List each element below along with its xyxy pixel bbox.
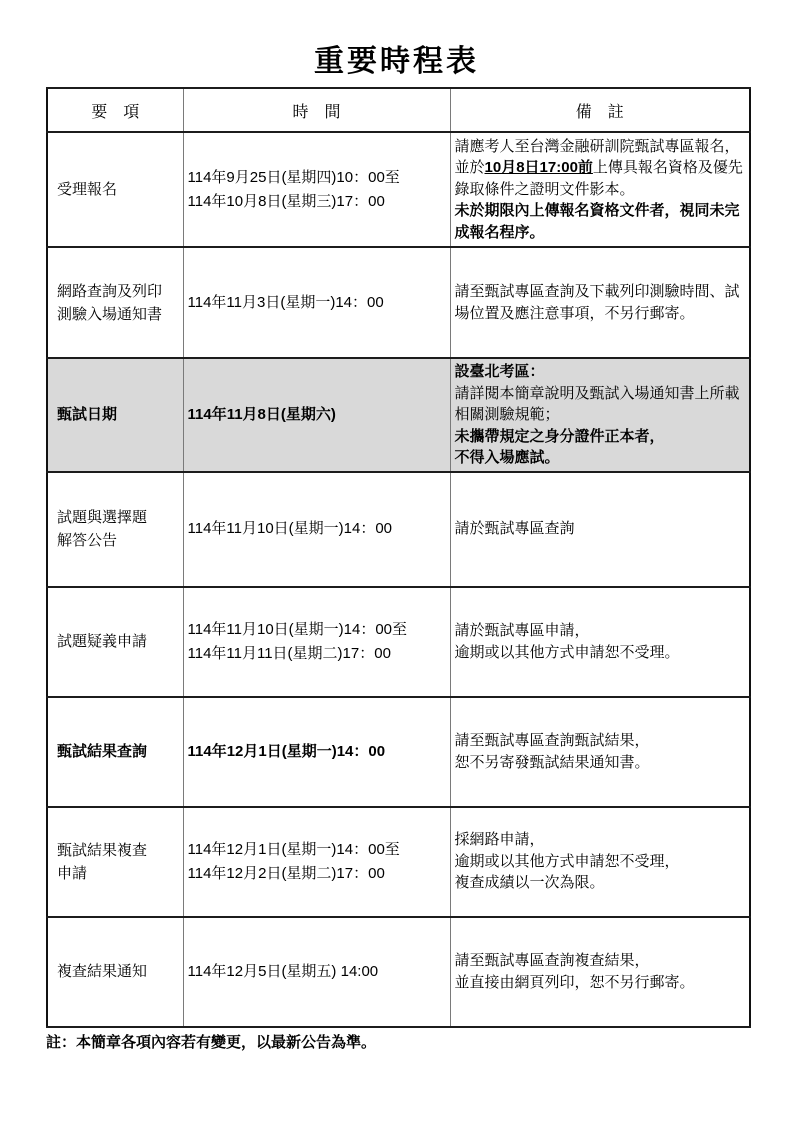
note-cell: 請至甄試專區查詢甄試結果，恕不另寄發甄試結果通知書。: [450, 697, 750, 807]
item-cell: 受理報名: [47, 132, 183, 247]
item-cell: 甄試結果複查申請: [47, 807, 183, 917]
header-cell-note: 備 註: [450, 88, 750, 132]
note-line: 請至甄試專區查詢及下載列印測驗時間、試場位置及應注意事項，不另行郵寄。: [455, 281, 748, 324]
note-cell: 採網路申請，逾期或以其他方式申請恕不受理，複查成績以一次為限。: [450, 807, 750, 917]
note-cell: 設臺北考區：請詳閱本簡章說明及甄試入場通知書上所載相關測驗規範；未攜帶規定之身分…: [450, 358, 750, 472]
note-line: 並直接由網頁列印，恕不另行郵寄。: [455, 972, 748, 994]
footer-note: 註：本簡章各項內容若有變更，以最新公告為準。: [46, 1033, 793, 1053]
time-cell: 114年11月10日(星期一)14：00至114年11月11日(星期二)17：0…: [183, 587, 450, 697]
note-segment: 恕不另寄發甄試結果通知書。: [455, 754, 650, 771]
note-line: 恕不另寄發甄試結果通知書。: [455, 752, 748, 774]
note-line: 請詳閱本簡章說明及甄試入場通知書上所載相關測驗規範；: [455, 383, 748, 426]
note-cell: 請至甄試專區查詢及下載列印測驗時間、試場位置及應注意事項，不另行郵寄。: [450, 247, 750, 358]
schedule-table-header: 要 項 時 間 備 註: [47, 88, 750, 132]
schedule-table: 要 項 時 間 備 註 受理報名114年9月25日(星期四)10：00至114年…: [46, 87, 751, 1028]
note-line: 未於期限內上傳報名資格文件者，視同未完成報名程序。: [455, 200, 748, 243]
table-row: 網路查詢及列印測驗入場通知書114年11月3日(星期一)14：00請至甄試專區查…: [47, 247, 750, 358]
note-segment: 逾期或以其他方式申請恕不受理。: [455, 644, 680, 661]
time-cell: 114年11月8日(星期六): [183, 358, 450, 472]
item-cell: 甄試結果查詢: [47, 697, 183, 807]
header-cell-time: 時 間: [183, 88, 450, 132]
note-segment: 複查成績以一次為限。: [455, 874, 605, 891]
table-row: 複查結果通知114年12月5日(星期五) 14:00請至甄試專區查詢複查結果，並…: [47, 917, 750, 1027]
note-line: 請至甄試專區查詢甄試結果，: [455, 730, 748, 752]
note-line: 未攜帶規定之身分證件正本者，: [455, 426, 748, 448]
item-cell: 試題疑義申請: [47, 587, 183, 697]
table-row: 試題疑義申請114年11月10日(星期一)14：00至114年11月11日(星期…: [47, 587, 750, 697]
note-cell: 請至甄試專區查詢複查結果，並直接由網頁列印，恕不另行郵寄。: [450, 917, 750, 1027]
page-title: 重要時程表: [0, 0, 793, 80]
note-cell: 請應考人至台灣金融研訓院甄試專區報名，並於10月8日17:00前上傳具報名資格及…: [450, 132, 750, 247]
table-row: 甄試結果複查申請114年12月1日(星期一)14：00至114年12月2日(星期…: [47, 807, 750, 917]
note-line: 請應考人至台灣金融研訓院甄試專區報名，並於10月8日17:00前上傳具報名資格及…: [455, 136, 748, 201]
note-segment: 未攜帶規定之身分證件正本者，: [455, 428, 665, 445]
item-cell: 複查結果通知: [47, 917, 183, 1027]
note-segment: 不得入場應試。: [455, 449, 560, 466]
header-cell-item: 要 項: [47, 88, 183, 132]
note-cell: 請於甄試專區查詢: [450, 472, 750, 587]
note-segment: 逾期或以其他方式申請恕不受理，: [455, 853, 680, 870]
document-page: 重要時程表 要 項 時 間 備 註 受理報名114年9月25日(星期四)10：0…: [0, 0, 793, 1122]
time-cell: 114年12月1日(星期一)14：00至114年12月2日(星期二)17：00: [183, 807, 450, 917]
note-segment: 請至甄試專區查詢複查結果，: [455, 952, 650, 969]
note-line: 逾期或以其他方式申請恕不受理。: [455, 642, 748, 664]
note-segment: 並直接由網頁列印，恕不另行郵寄。: [455, 974, 695, 991]
time-cell: 114年12月1日(星期一)14：00: [183, 697, 450, 807]
note-segment: 請於甄試專區申請，: [455, 622, 590, 639]
schedule-table-body: 受理報名114年9月25日(星期四)10：00至114年10月8日(星期三)17…: [47, 132, 750, 1027]
note-segment: 採網路申請，: [455, 831, 545, 848]
note-line: 採網路申請，: [455, 829, 748, 851]
note-segment: 10月8日17:00前: [485, 159, 593, 176]
table-row: 受理報名114年9月25日(星期四)10：00至114年10月8日(星期三)17…: [47, 132, 750, 247]
item-cell: 試題與選擇題解答公告: [47, 472, 183, 587]
note-line: 請於甄試專區查詢: [455, 518, 748, 540]
note-segment: 請至甄試專區查詢及下載列印測驗時間、試場位置及應注意事項，不另行郵寄。: [455, 283, 740, 322]
note-line: 設臺北考區：: [455, 361, 748, 383]
table-row: 試題與選擇題解答公告114年11月10日(星期一)14：00請於甄試專區查詢: [47, 472, 750, 587]
time-cell: 114年11月10日(星期一)14：00: [183, 472, 450, 587]
note-line: 不得入場應試。: [455, 447, 748, 469]
table-row: 甄試結果查詢114年12月1日(星期一)14：00請至甄試專區查詢甄試結果，恕不…: [47, 697, 750, 807]
note-segment: 請於甄試專區查詢: [455, 520, 575, 537]
table-row: 甄試日期114年11月8日(星期六)設臺北考區：請詳閱本簡章說明及甄試入場通知書…: [47, 358, 750, 472]
note-line: 複查成績以一次為限。: [455, 872, 748, 894]
header-row: 要 項 時 間 備 註: [47, 88, 750, 132]
note-segment: 請詳閱本簡章說明及甄試入場通知書上所載相關測驗規範；: [455, 385, 740, 424]
note-segment: 請至甄試專區查詢甄試結果，: [455, 732, 650, 749]
time-cell: 114年11月3日(星期一)14：00: [183, 247, 450, 358]
time-cell: 114年12月5日(星期五) 14:00: [183, 917, 450, 1027]
note-line: 請至甄試專區查詢複查結果，: [455, 950, 748, 972]
note-cell: 請於甄試專區申請，逾期或以其他方式申請恕不受理。: [450, 587, 750, 697]
note-segment: 未於期限內上傳報名資格文件者，視同未完成報名程序。: [455, 202, 740, 241]
item-cell: 甄試日期: [47, 358, 183, 472]
note-line: 逾期或以其他方式申請恕不受理，: [455, 851, 748, 873]
note-line: 請於甄試專區申請，: [455, 620, 748, 642]
note-segment: 設臺北考區：: [455, 363, 545, 380]
item-cell: 網路查詢及列印測驗入場通知書: [47, 247, 183, 358]
time-cell: 114年9月25日(星期四)10：00至114年10月8日(星期三)17：00: [183, 132, 450, 247]
